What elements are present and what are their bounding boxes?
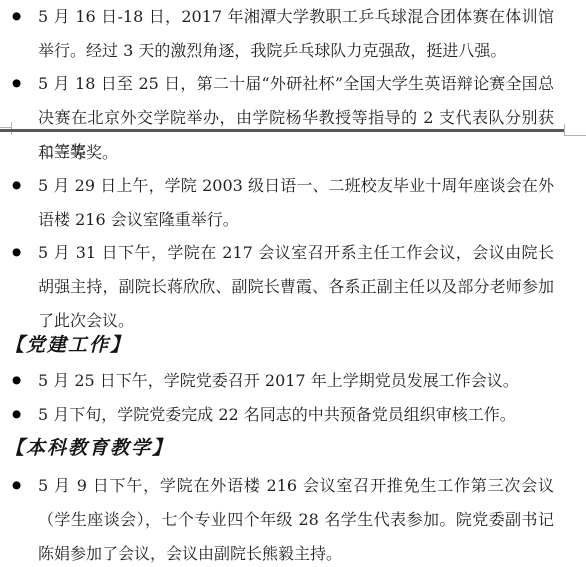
bullet-item-continuation[interactable]: 和三等奖。 [38,136,570,170]
bullet-item: ● 5 月 25 日下午，学院党委召开 2017 年上学期党员发展工作会议。 [12,364,570,398]
bullet-item-text[interactable]: 5 月下旬，学院党委完成 22 名同志的中共预备党员组织审核工作。 [38,398,570,432]
section-heading-undergrad-teaching[interactable]: 【本科教育教学】 [5,436,173,460]
bullet-item: ● 5 月 31 日下午，学院在 217 会议室召开系主任工作会议，会议由院长胡… [12,236,570,338]
bullet-item-text[interactable]: 5 月 31 日下午，学院在 217 会议室召开系主任工作会议，会议由院长胡强主… [38,236,570,338]
document-page[interactable]: ● 5 月 16 日-18 日，2017 年湘潭大学教职工乒乓球混合团体赛在体训… [0,0,586,567]
text-boundary-mark-left [0,127,11,128]
bullet-item-text[interactable]: 5 月 25 日下午，学院党委召开 2017 年上学期党员发展工作会议。 [38,364,570,398]
bullet-icon: ● [12,469,38,567]
section-heading-party-work[interactable]: 【党建工作】 [5,333,131,357]
bullet-item: ● 5 月 29 日上午，学院 2003 级日语一、二班校友毕业十周年座谈会在外… [12,169,570,237]
page-break-line [0,129,564,132]
bullet-icon: ● [12,67,38,169]
bullet-item: ● 5 月 9 日下午，学院在外语楼 216 会议室召开推免生工作第三次会议（学… [12,469,570,567]
bullet-icon: ● [12,364,38,398]
bullet-item-text[interactable]: 5 月 9 日下午，学院在外语楼 216 会议室召开推免生工作第三次会议（学生座… [38,469,570,567]
bullet-icon: ● [12,398,38,432]
bullet-item: ● 5 月下旬，学院党委完成 22 名同志的中共预备党员组织审核工作。 [12,398,570,432]
bullet-icon: ● [12,169,38,237]
bullet-item: ● 5 月 16 日-18 日，2017 年湘潭大学教职工乒乓球混合团体赛在体训… [12,0,570,68]
bullet-item-text[interactable]: 5 月 16 日-18 日，2017 年湘潭大学教职工乒乓球混合团体赛在体训馆举… [38,0,570,68]
bullet-icon: ● [12,236,38,338]
bullet-item-text[interactable]: 5 月 29 日上午，学院 2003 级日语一、二班校友毕业十周年座谈会在外语楼… [38,169,570,237]
bullet-icon: ● [12,0,38,68]
